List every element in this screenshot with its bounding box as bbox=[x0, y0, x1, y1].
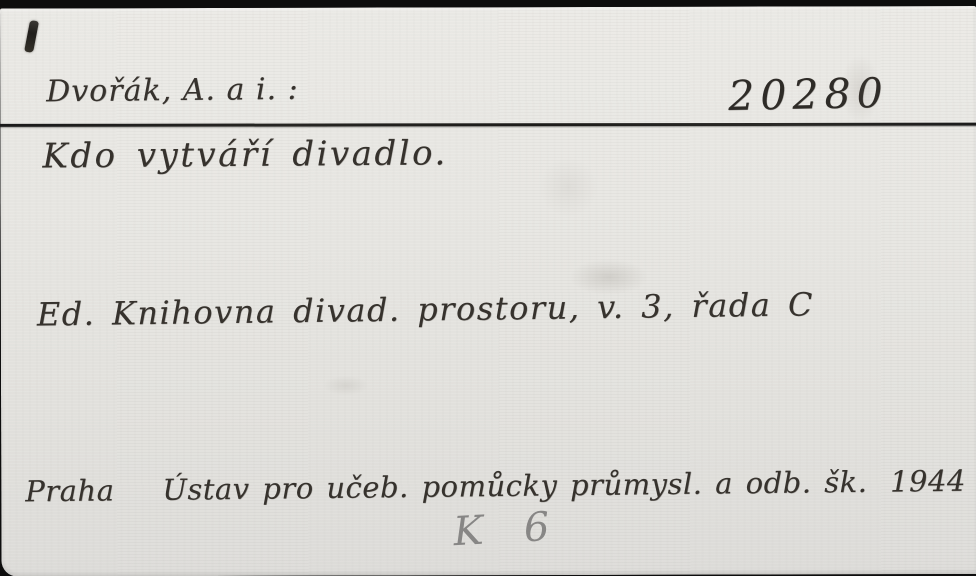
pencil-shelf-mark: K 6 bbox=[452, 506, 564, 552]
title-line: Kdo vytváří divadlo. bbox=[42, 136, 448, 173]
imprint-publisher: Ústav pro učeb. pomůcky průmysl. a odb. … bbox=[162, 465, 867, 507]
paper-stain bbox=[538, 157, 598, 217]
imprint-year: 1944 bbox=[890, 464, 966, 499]
imprint-line: PrahaÚstav pro učeb. pomůcky průmysl. a … bbox=[25, 465, 976, 507]
catalog-number: 20280 bbox=[728, 73, 889, 117]
edition-series-note: Ed. Knihovna divad. prostoru, v. 3, řada… bbox=[37, 288, 815, 330]
scanned-card-image: Dvořák, A. a i. : 20280 Kdo vytváří diva… bbox=[0, 0, 976, 576]
paper-stain bbox=[323, 376, 369, 396]
imprint-place: Praha bbox=[25, 473, 115, 508]
author-heading: Dvořák, A. a i. : bbox=[46, 75, 299, 107]
ink-blot-mark bbox=[24, 20, 39, 53]
catalog-card: Dvořák, A. a i. : 20280 Kdo vytváří diva… bbox=[0, 6, 976, 576]
ruled-divider-line bbox=[0, 123, 976, 127]
